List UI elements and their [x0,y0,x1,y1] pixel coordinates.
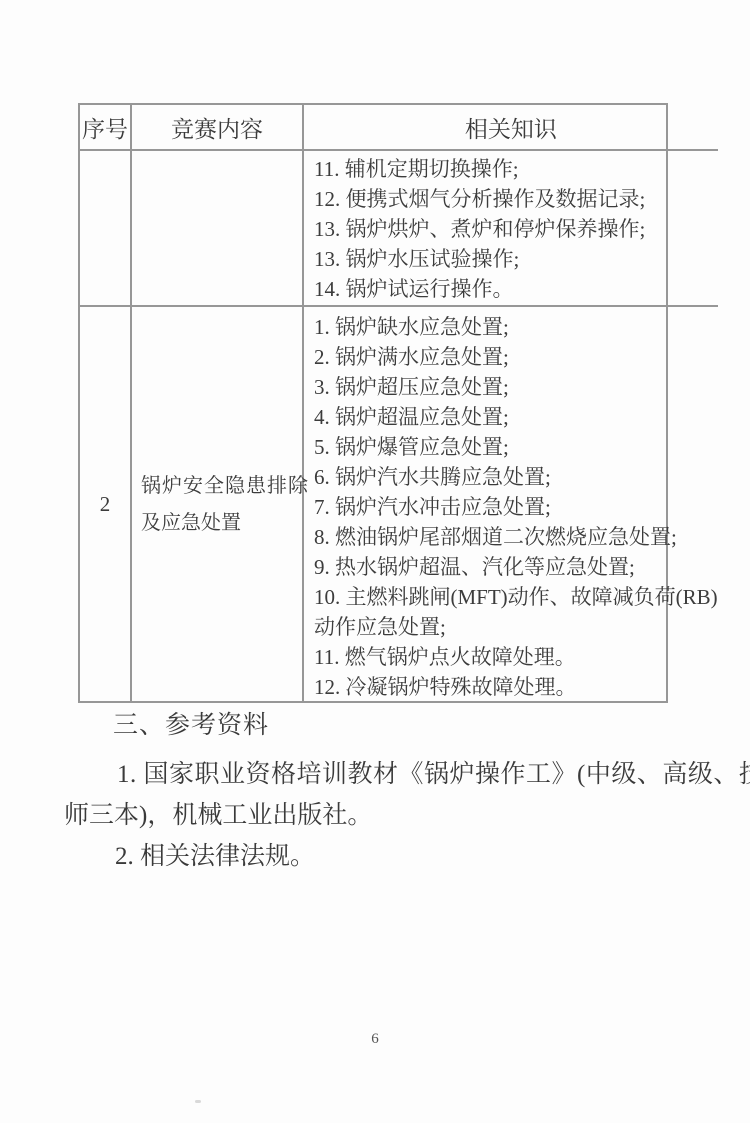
row1-content-cell [132,151,304,307]
knowledge-line: 9. 热水锅炉超温、汽化等应急处置; [314,552,718,582]
reference-item-1-line1: 1. 国家职业资格培训教材《锅炉操作工》(中级、高级、技 [117,761,750,789]
knowledge-line: 动作应急处置; [314,612,718,642]
row2-content-line2: 及应急处置 [141,505,302,542]
row2-seq-cell: 2 [80,307,132,702]
row1-knowledge-cell: 11. 辅机定期切换操作;12. 便携式烟气分析操作及数据记录;13. 锅炉烘炉… [304,151,718,307]
row1-knowledge-list: 11. 辅机定期切换操作;12. 便携式烟气分析操作及数据记录;13. 锅炉烘炉… [304,151,718,304]
reference-item-2: 2. 相关法律法规。 [115,843,315,871]
knowledge-line: 6. 锅炉汽水共腾应急处置; [314,462,718,492]
knowledge-line: 8. 燃油锅炉尾部烟道二次燃烧应急处置; [314,522,718,552]
knowledge-line: 11. 辅机定期切换操作; [314,154,718,184]
knowledge-line: 2. 锅炉满水应急处置; [314,342,718,372]
row2-content-cell: 锅炉安全隐患排除 及应急处置 [132,307,304,702]
header-content-label: 竞赛内容 [171,111,263,144]
row1-seq-cell [80,151,132,307]
knowledge-line: 4. 锅炉超温应急处置; [314,402,718,432]
row2-knowledge-cell: 1. 锅炉缺水应急处置;2. 锅炉满水应急处置;3. 锅炉超压应急处置;4. 锅… [304,307,718,702]
row2-seq-value: 2 [100,492,111,517]
scan-artifact-mark [195,1100,201,1103]
knowledge-line: 13. 锅炉烘炉、煮炉和停炉保养操作; [314,214,718,244]
competition-knowledge-table: 序号 竞赛内容 相关知识 11. 辅机定期切换操作;12. 便携式烟气分析操作及… [78,103,668,703]
table-header-content: 竞赛内容 [132,105,304,151]
knowledge-line: 12. 便携式烟气分析操作及数据记录; [314,184,718,214]
table-header-seq: 序号 [80,105,132,151]
knowledge-line: 13. 锅炉水压试验操作; [314,244,718,274]
table-header-knowledge: 相关知识 [304,105,718,151]
knowledge-line: 5. 锅炉爆管应急处置; [314,432,718,462]
document-page: 序号 竞赛内容 相关知识 11. 辅机定期切换操作;12. 便携式烟气分析操作及… [0,0,750,1123]
reference-item-1-line2: 师三本)，机械工业出版社。 [64,802,372,830]
knowledge-line: 7. 锅炉汽水冲击应急处置; [314,492,718,522]
row2-knowledge-list: 1. 锅炉缺水应急处置;2. 锅炉满水应急处置;3. 锅炉超压应急处置;4. 锅… [304,307,718,702]
row2-content-line1: 锅炉安全隐患排除 [141,468,302,505]
knowledge-line: 3. 锅炉超压应急处置; [314,372,718,402]
knowledge-line: 1. 锅炉缺水应急处置; [314,312,718,342]
knowledge-line: 10. 主燃料跳闸(MFT)动作、故障减负荷(RB) [314,582,718,612]
knowledge-line: 12. 冷凝锅炉特殊故障处理。 [314,672,718,702]
knowledge-line: 14. 锅炉试运行操作。 [314,274,718,304]
knowledge-line: 11. 燃气锅炉点火故障处理。 [314,642,718,672]
header-seq-label: 序号 [82,111,128,144]
page-number: 6 [0,1031,750,1048]
header-knowledge-label: 相关知识 [465,111,557,144]
section-heading-references: 三、参考资料 [113,712,269,740]
